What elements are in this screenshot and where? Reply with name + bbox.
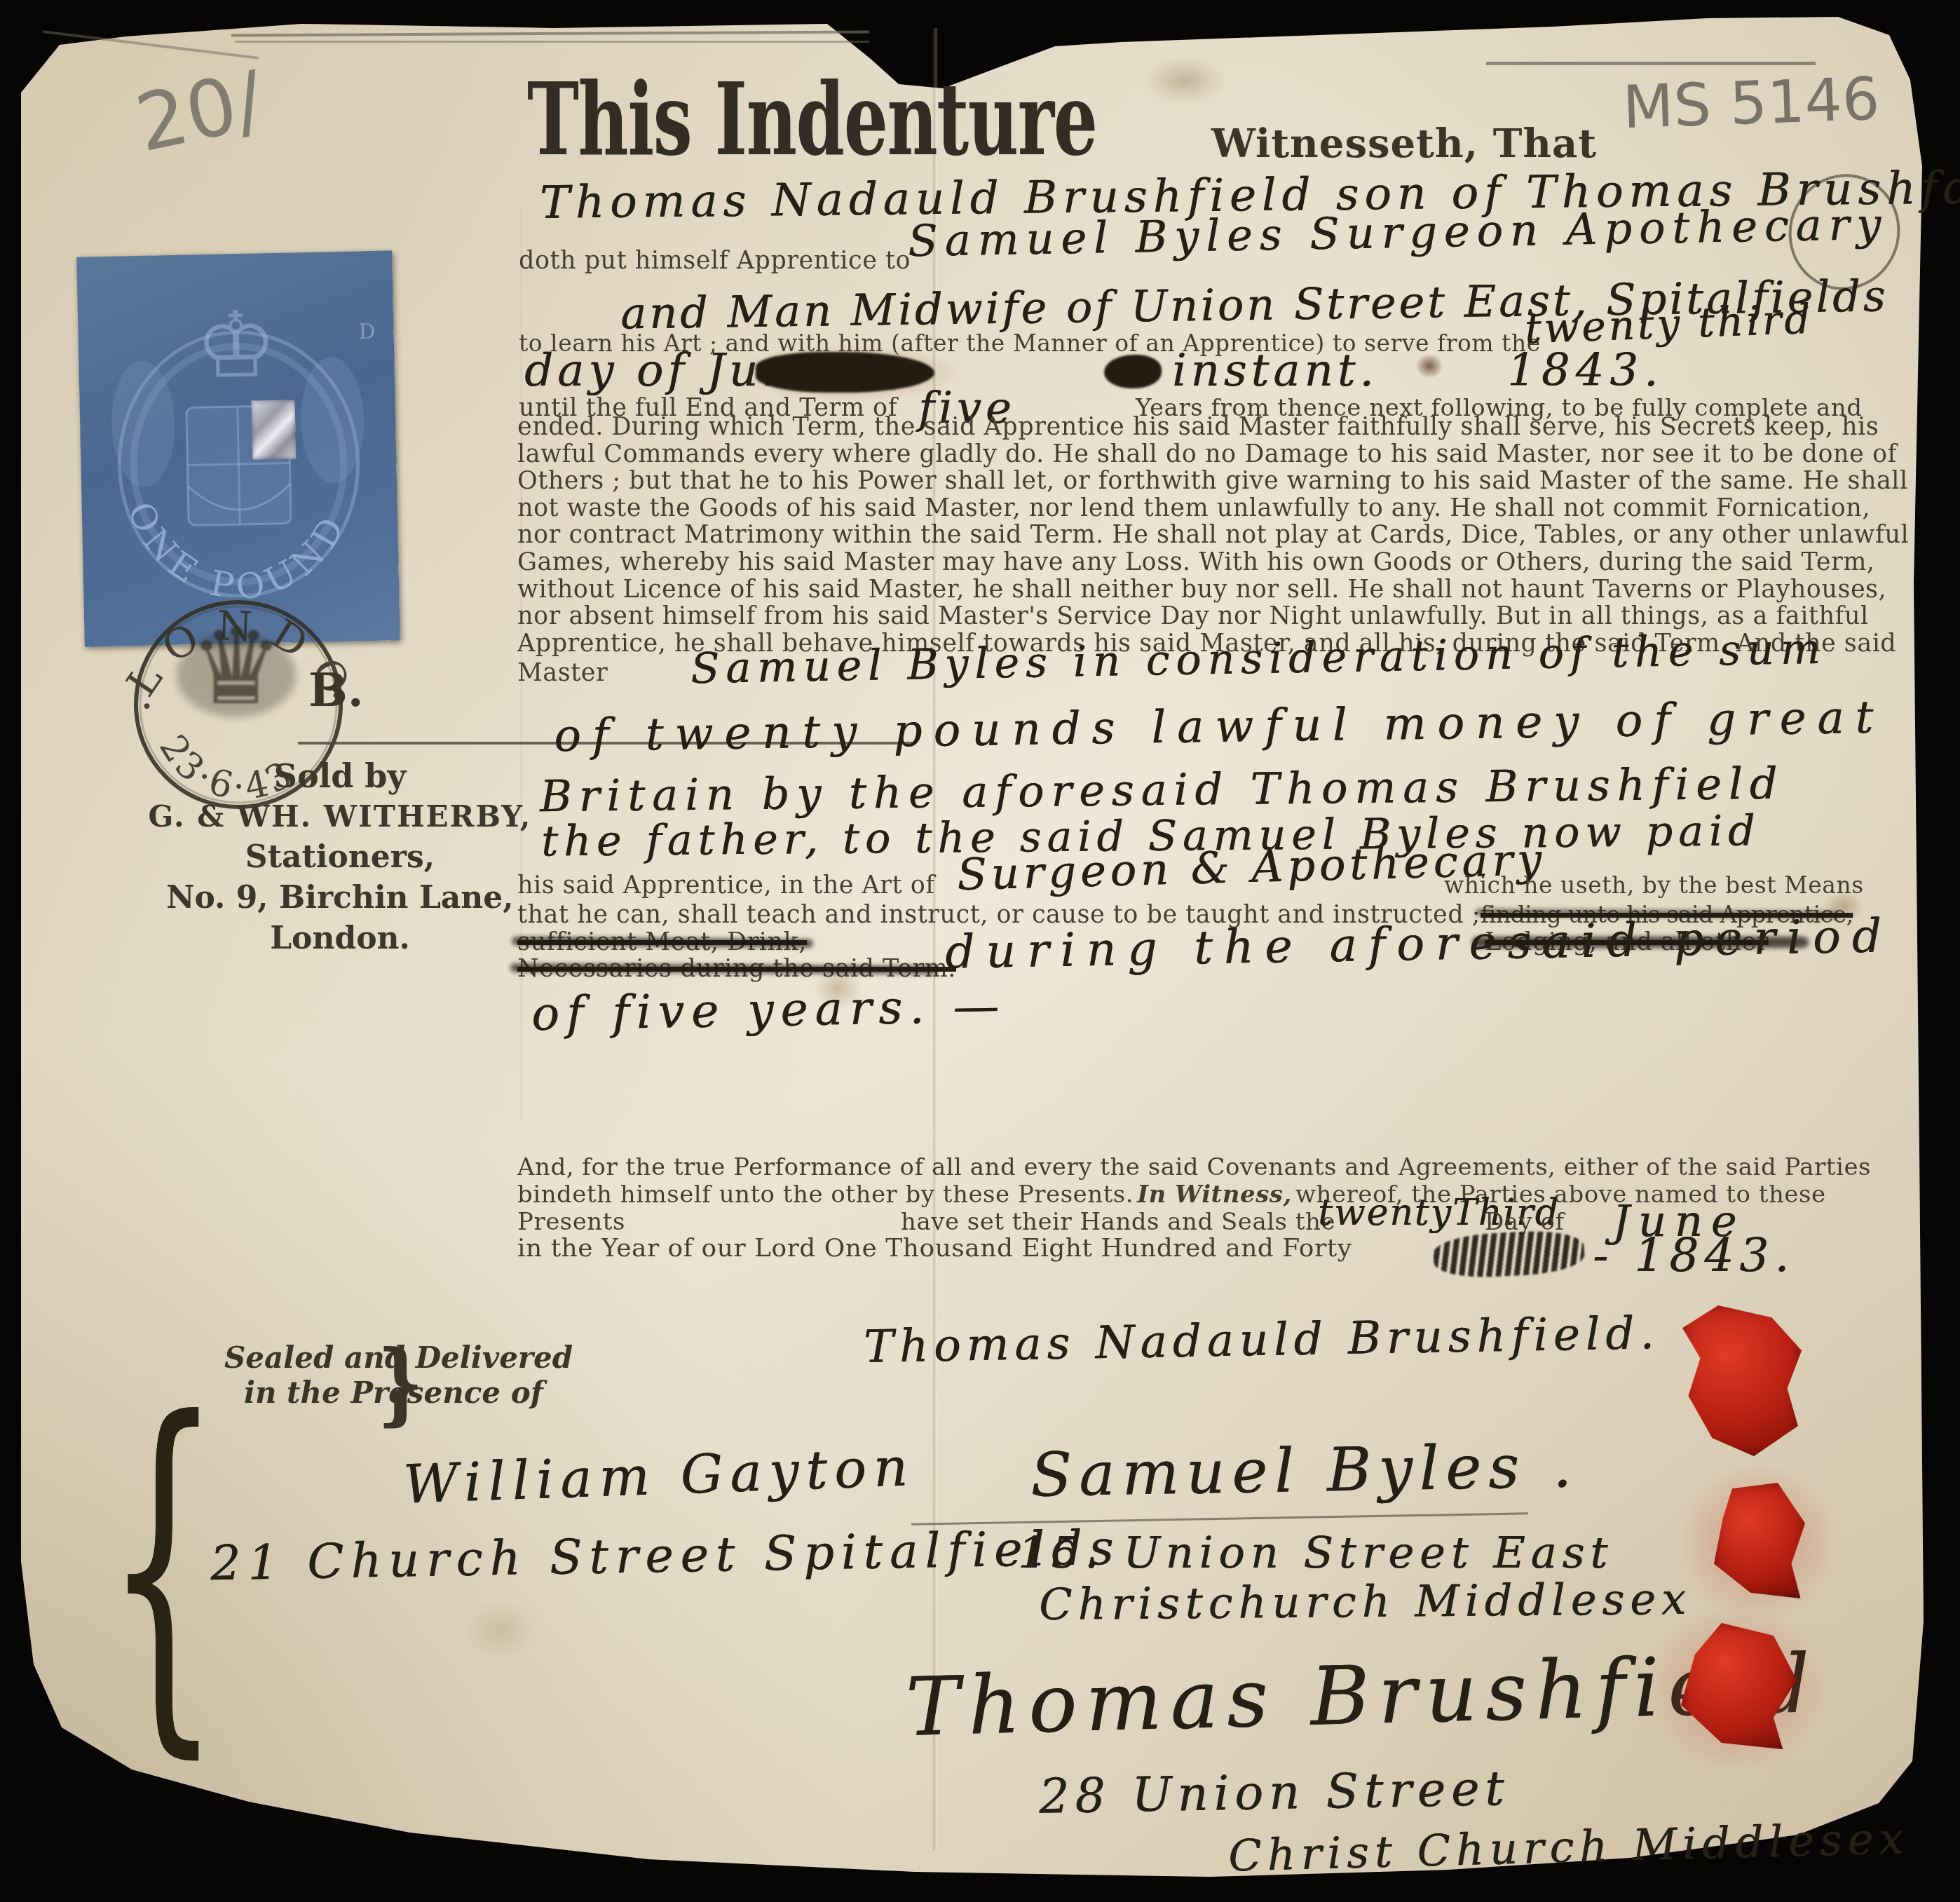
stationer-imprint: Sold by G. & WH. WITHERBY, Stationers, N… — [140, 756, 540, 959]
stain-spot — [463, 1598, 540, 1662]
pencil-rule-top-2 — [235, 41, 869, 43]
stationer-name: G. & WH. WITHERBY, — [140, 796, 540, 837]
postmark-crown-icon: ♛ — [189, 606, 283, 728]
stationer-sold-by: Sold by — [140, 756, 540, 796]
deed-paragraph-line: Games, whereby his said Master may have … — [517, 549, 1823, 576]
master-address-line-2: Christchurch Middlesex — [1039, 1573, 1692, 1630]
presence-brace: } — [377, 1331, 423, 1436]
silver-foil-security-tab — [252, 400, 297, 459]
deed-line-in-the-art-of: his said Apprentice, in the Art of — [517, 871, 935, 899]
deed-paragraph-line: Others ; but that he to his Power shall … — [517, 468, 1823, 495]
hw-day-ordinal: twenty third — [1524, 295, 1813, 353]
signature-master: Samuel Byles . — [1030, 1431, 1579, 1511]
left-ink-brace: { — [105, 1343, 221, 1788]
deed-paragraph-line: nor contract Matrimony within the said T… — [517, 522, 1823, 549]
document-title: This Indenture — [527, 62, 1097, 178]
plate-letter: B. — [308, 663, 364, 717]
hw-year-1843: 1843. — [1507, 345, 1663, 397]
hw-of-five-years: of five years. — — [531, 979, 1006, 1041]
ink-blot-small — [1104, 355, 1162, 388]
master-address-line-1: 15. Union Street East — [1018, 1527, 1613, 1578]
deed-paragraph-line: lawful Commands every where gladly do. H… — [517, 441, 1823, 468]
witness-line-1: And, for the true Performance of all and… — [517, 1153, 1871, 1181]
deed-paragraph-line: nor absent himself from his said Master'… — [517, 603, 1823, 630]
title-witnesseth: Witnesseth, That — [1211, 121, 1597, 167]
photographed-indenture-document: { "meta": { "archive_ref": "MS 5146", "p… — [0, 0, 1960, 1902]
deed-line-best-means: which he useth, by the best Means — [1444, 871, 1864, 899]
pencil-rule-top-right — [1486, 62, 1816, 65]
deed-line-apprentice-to: doth put himself Apprentice to — [519, 247, 911, 275]
stationer-trade: Stationers, — [140, 837, 540, 878]
hw-instant: instant. — [1172, 345, 1378, 397]
deed-paragraph-line: ended. During which Term, the said Appre… — [517, 414, 1823, 441]
deed-paragraph-line: not waste the Goods of his said Master, … — [517, 495, 1823, 522]
hw-witness-year: - 1843. — [1593, 1228, 1795, 1282]
deed-covenants-paragraph: ended. During which Term, the said Appre… — [517, 414, 1823, 657]
witness-line-2a: bindeth himself unto the other by these … — [517, 1181, 1134, 1209]
deed-paragraph-line: without Licence of his said Master, he s… — [517, 576, 1823, 604]
father-address-line-1: 28 Union Street — [1038, 1761, 1510, 1825]
stain-spot — [1143, 56, 1227, 105]
stationer-city: London. — [140, 918, 540, 959]
brown-ink-dot — [1416, 354, 1443, 378]
stationer-address: No. 9, Birchin Lane, — [140, 878, 540, 918]
ink-blot-large — [756, 352, 934, 393]
deed-word-master: Master — [517, 659, 608, 687]
witness-hands-and-seals: have set their Hands and Seals the — [901, 1208, 1335, 1236]
archive-reference-note: MS 5146 — [1621, 64, 1880, 142]
witness-presents: Presents — [517, 1208, 625, 1236]
witness-line-2b-in-witness: In Witness, — [1137, 1181, 1292, 1209]
stamp-cipher-letter: D — [358, 320, 376, 344]
witness-year-line: in the Year of our Lord One Thousand Eig… — [517, 1234, 1352, 1263]
postmark-dot-left: · — [140, 682, 154, 731]
stamp-crown-icon: ♔ — [194, 291, 278, 399]
